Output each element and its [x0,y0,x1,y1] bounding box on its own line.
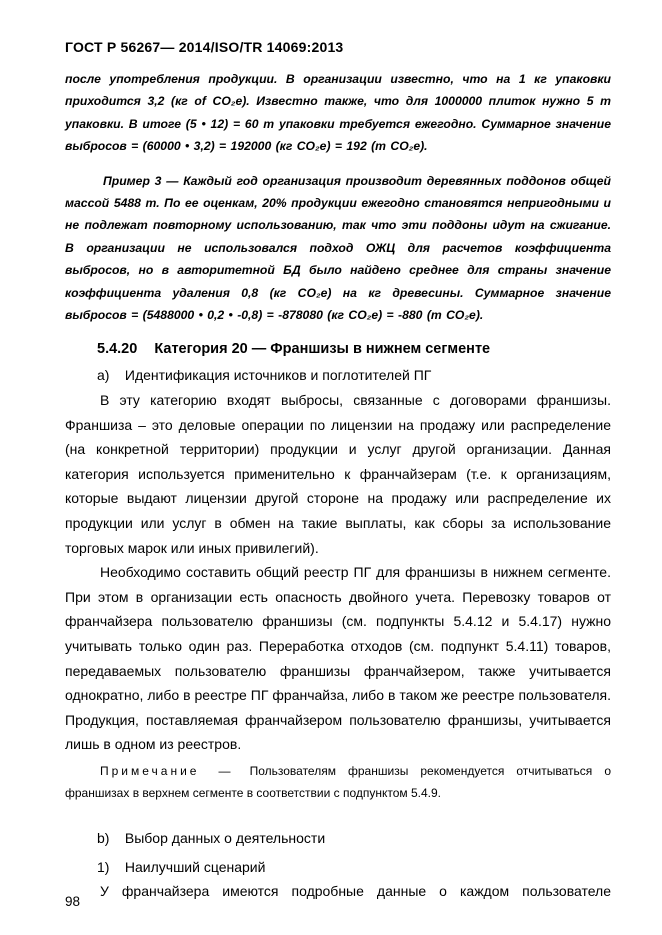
body-paragraph-3: У франчайзера имеются подробные данные о… [65,879,611,904]
section-heading: 5.4.20 Категория 20 — Франшизы в нижнем … [97,339,611,359]
note-dash: — [219,764,231,778]
list-item-1: 1) Наилучший сценарий [97,855,611,880]
list-item-a: а) Идентификация источников и поглотител… [97,363,611,388]
list-item-b-marker: b) [97,826,121,851]
list-item-b: b) Выбор данных о деятельности [97,826,611,851]
document-page: { "header": { "title": "ГОСТ Р 56267— 20… [0,0,662,935]
list-item-1-marker: 1) [97,855,121,880]
list-item-1-text: Наилучший сценарий [125,859,266,875]
page-content: ГОСТ Р 56267— 2014/ISO/TR 14069:2013 пос… [0,0,662,904]
section-title: Категория 20 — Франшизы в нижнем сегмент… [154,341,490,357]
body-paragraph-2: Необходимо составить общий реестр ПГ для… [65,560,611,757]
document-header-title: ГОСТ Р 56267— 2014/ISO/TR 14069:2013 [65,38,611,56]
note-label: Примечание [100,764,199,778]
page-number: 98 [65,893,80,911]
list-item-b-text: Выбор данных о деятельности [125,830,325,846]
list-item-a-text: Идентификация источников и поглотителей … [125,367,431,383]
body-paragraph-1: В эту категорию входят выбросы, связанны… [65,388,611,560]
section-number: 5.4.20 [97,341,137,357]
list-item-a-marker: а) [97,363,121,388]
note-paragraph: Примечание — Пользователям франшизы реко… [65,760,611,804]
example-paragraph-continuation: после употребления продукции. В организа… [65,68,611,158]
example-3-paragraph: Пример 3 — Каждый год организация произв… [65,170,611,327]
